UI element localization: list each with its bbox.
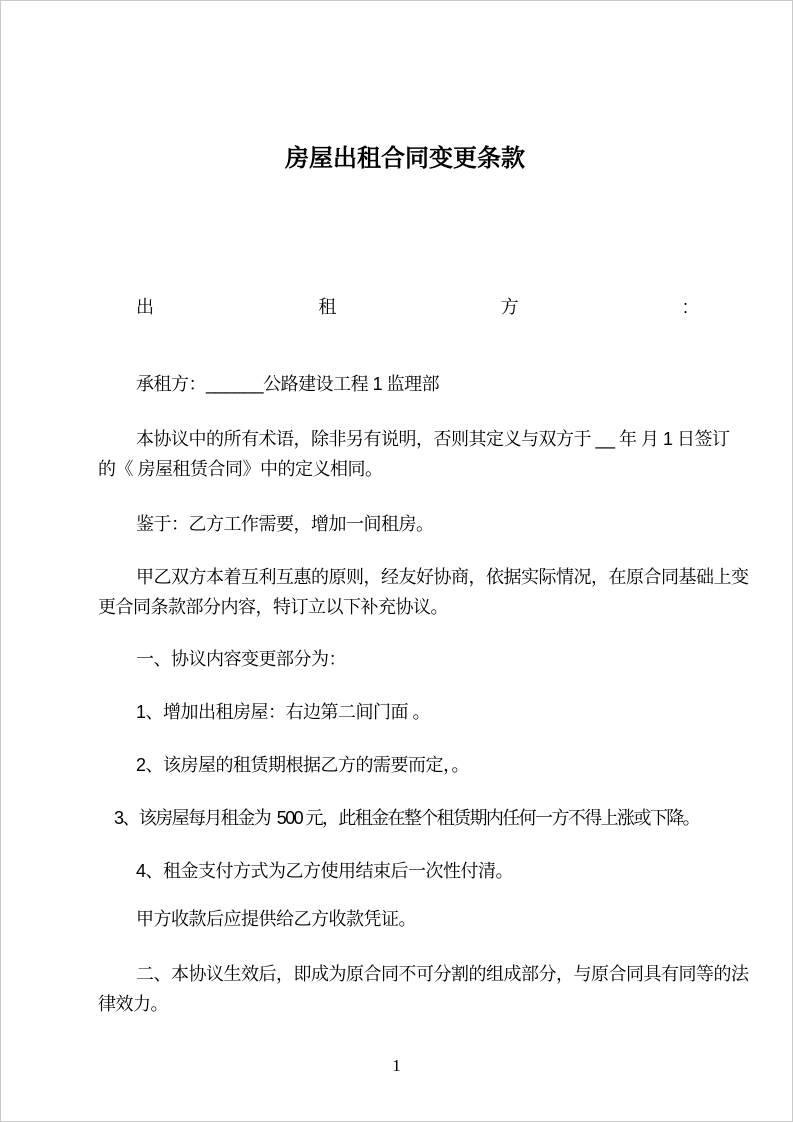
contract-item-1: 1、增加出租房屋：右边第二间门面 。 [98,697,712,727]
document-title: 房屋出租合同变更条款 [98,141,712,176]
paragraph-whereas: 鉴于：乙方工作需要，增加一间租房。 [98,509,712,539]
paragraph-terms: 本协议中的所有术语，除非另有说明，否则其定义与双方于 __ 年 月 1 日签订 … [98,424,712,484]
lessor-char-2: 租 [318,292,336,322]
section-two-paragraph: 二、本协议生效后，即成为原合同不可分割的组成部分，与原合同具有同等的法 律效力。 [98,959,712,1019]
page-number: 1 [1,1051,792,1081]
document-page: 房屋出租合同变更条款 出 租 方 : 承租方：______公路建设工程 1 监理… [0,0,793,1122]
paragraph-basis: 甲乙双方本着互利互惠的原则，经友好协商，依据实际情况，在原合同基础上变 更合同条… [98,562,712,622]
lessor-char-1: 出 [136,292,154,322]
lessor-colon: : [683,292,688,322]
lessor-line: 出 租 方 : [136,292,688,322]
section-one-heading: 一、协议内容变更部分为： [98,644,712,674]
contract-item-3: 3、该房屋每月租金为 500 元，此租金在整个租赁期内任何一方不得上涨或下降。 [98,803,712,833]
contract-item-4: 4、租金支付方式为乙方使用结束后一次性付清。 [98,856,712,886]
lessee-line: 承租方：______公路建设工程 1 监理部 [98,369,712,399]
contract-item-2: 2、该房屋的租赁期根据乙方的需要而定，。 [98,750,712,780]
lessor-char-3: 方 [501,292,519,322]
paragraph-receipt: 甲方收款后应提供给乙方收款凭证。 [98,904,712,934]
